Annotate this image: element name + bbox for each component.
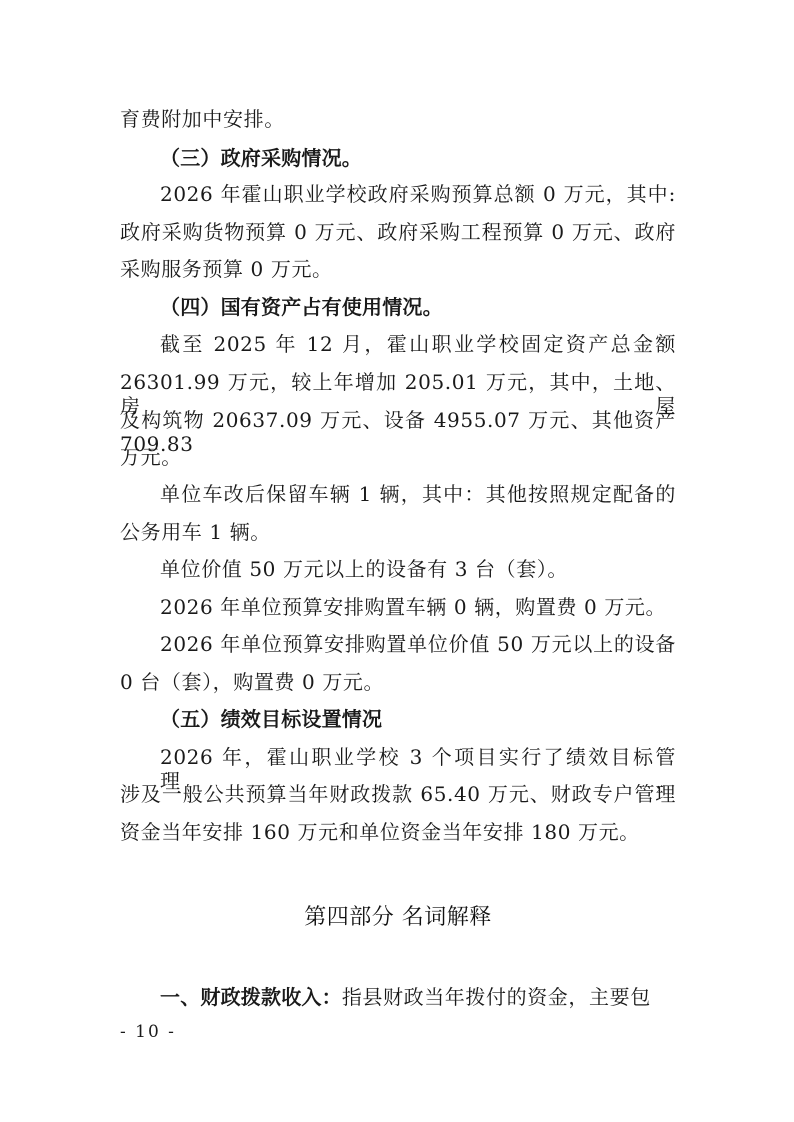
text-line: 截至 2025 年 12 月，霍山职业学校固定资产总金额 [120,332,676,356]
section-heading-state-assets: （四）国有资产占有使用情况。 [120,295,676,319]
text-line: 单位价值 50 万元以上的设备有 3 台（套）。 [120,557,676,581]
text-line: 0 台（套），购置费 0 万元。 [120,670,676,694]
text-line: 2026 年霍山职业学校政府采购预算总额 0 万元，其中: [120,182,676,206]
text-line: 育费附加中安排。 [120,107,676,131]
text-line: 政府采购货物预算 0 万元、政府采购工程预算 0 万元、政府 [120,220,676,244]
section-heading-government-procurement: （三）政府采购情况。 [120,146,676,170]
page-number: - 10 - [120,1022,176,1042]
text-line: 公务用车 1 辆。 [120,520,676,544]
text-line: 单位车改后保留车辆 1 辆，其中：其他按照规定配备的 [120,482,676,506]
definition-term: 一、财政拨款收入： [160,985,342,1009]
text-line: 2026 年单位预算安排购置单位价值 50 万元以上的设备 [120,632,676,656]
part-title: 第四部分 名词解释 [120,904,676,932]
text-line: 资金当年安排 160 万元和单位资金当年安排 180 万元。 [120,820,676,844]
definition-text: 指县财政当年拨付的资金，主要包 [342,985,651,1009]
text-line: 2026 年单位预算安排购置车辆 0 辆，购置费 0 万元。 [120,595,676,619]
text-line: 涉及一般公共预算当年财政拨款 65.40 万元、财政专户管理 [120,782,676,806]
section-heading-performance-goals: （五）绩效目标设置情况 [120,707,676,731]
text-line: 万元。 [120,445,676,469]
text-line: 采购服务预算 0 万元。 [120,257,676,281]
definition-line: 一、财政拨款收入：指县财政当年拨付的资金，主要包 [120,985,676,1009]
